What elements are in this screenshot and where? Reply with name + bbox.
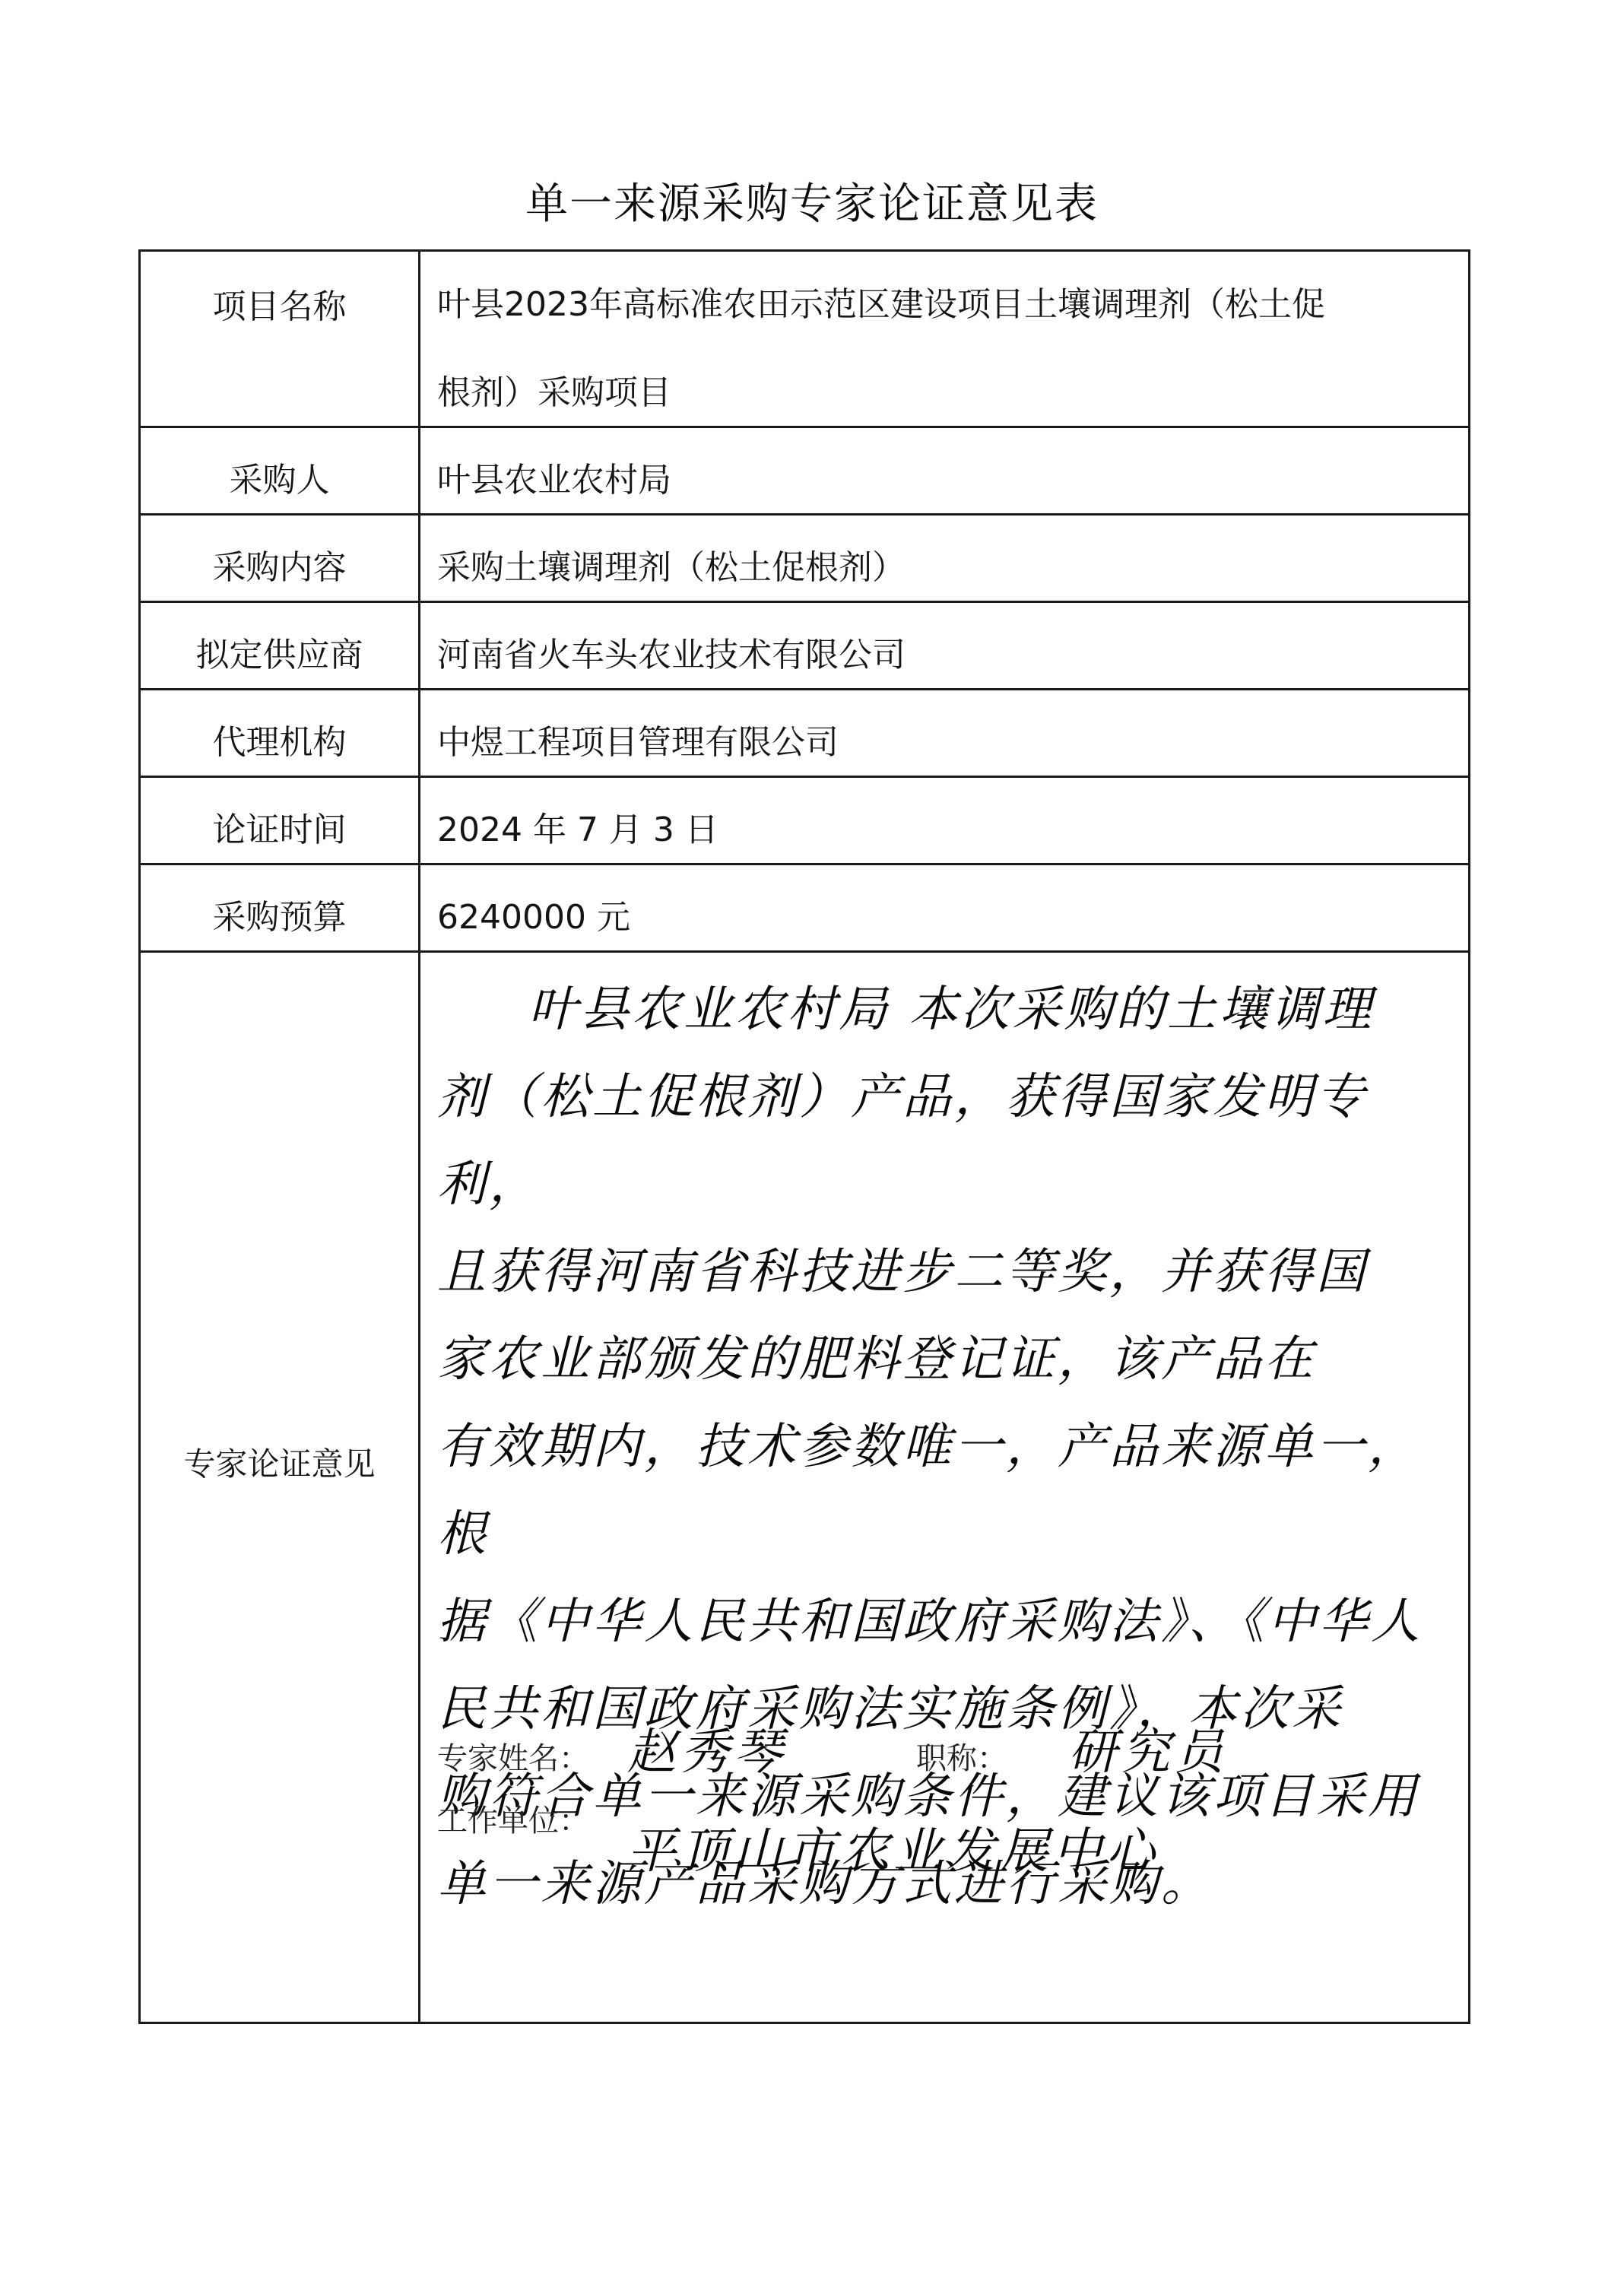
handwritten-line: 家农业部颁发的肥料登记证，该产品在 xyxy=(437,1316,1454,1404)
row-purchaser: 采购人 叶县农业农村局 xyxy=(141,428,1468,516)
label-review-date: 论证时间 xyxy=(141,802,418,851)
expert-name-signature: 赵秀琴 xyxy=(627,1713,916,1783)
label-purchaser: 采购人 xyxy=(141,452,418,501)
label-cell: 专家论证意见 xyxy=(141,953,420,2022)
row-expert-opinion: 专家论证意见 叶县农业农村局 本次采购的土壤调理 剂（松土促根剂）产品，获得国家… xyxy=(141,953,1468,2022)
value-agency: 中煜工程项目管理有限公司 xyxy=(437,715,1461,763)
label-cell: 采购内容 xyxy=(141,516,420,601)
handwritten-line: 且获得河南省科技进步二等奖，并获得国 xyxy=(437,1229,1454,1316)
value-procurement-content: 采购土壤调理剂（松土促根剂） xyxy=(437,540,1461,588)
work-unit-value: 平顶山市农业发展中心 xyxy=(627,1797,1159,1882)
value-cell: 6240000 元 xyxy=(420,865,1468,950)
label-expert-opinion: 专家论证意见 xyxy=(141,1439,418,1485)
label-cell: 拟定供应商 xyxy=(141,603,420,688)
row-agency: 代理机构 中煜工程项目管理有限公司 xyxy=(141,690,1468,778)
label-cell: 采购人 xyxy=(141,428,420,513)
row-review-date: 论证时间 2024 年 7 月 3 日 xyxy=(141,778,1468,865)
value-cell: 2024 年 7 月 3 日 xyxy=(420,778,1468,863)
value-line: 叶县2023年高标准农田示范区建设项目土壤调理剂（松土促 xyxy=(437,261,1461,349)
value-cell: 叶县农业农村局 xyxy=(420,428,1468,513)
row-proposed-supplier: 拟定供应商 河南省火车头农业技术有限公司 xyxy=(141,603,1468,690)
value-proposed-supplier: 河南省火车头农业技术有限公司 xyxy=(437,627,1461,676)
expert-signature-line: 专家姓名：赵秀琴职称：研究员 xyxy=(437,1713,1453,1783)
row-project-name: 项目名称 叶县2023年高标准农田示范区建设项目土壤调理剂（松土促 根剂）采购项… xyxy=(141,252,1468,428)
title-label: 职称： xyxy=(916,1734,1068,1778)
title-value: 研究员 xyxy=(1068,1724,1228,1781)
value-cell: 中煜工程项目管理有限公司 xyxy=(420,690,1468,776)
value-cell: 叶县2023年高标准农田示范区建设项目土壤调理剂（松土促 根剂）采购项目 xyxy=(420,252,1468,426)
value-project-name: 叶县2023年高标准农田示范区建设项目土壤调理剂（松土促 根剂）采购项目 xyxy=(437,261,1461,437)
opinion-form-table: 项目名称 叶县2023年高标准农田示范区建设项目土壤调理剂（松土促 根剂）采购项… xyxy=(138,249,1470,2024)
label-cell: 论证时间 xyxy=(141,778,420,863)
value-line: 根剂）采购项目 xyxy=(437,349,1461,437)
value-cell: 河南省火车头农业技术有限公司 xyxy=(420,603,1468,688)
handwritten-line: 有效期内，技术参数唯一，产品来源单一，根 xyxy=(437,1404,1454,1578)
value-budget: 6240000 元 xyxy=(437,890,1461,938)
handwritten-line: 据《中华人民共和国政府采购法》、《中华人 xyxy=(437,1578,1454,1666)
row-procurement-content: 采购内容 采购土壤调理剂（松土促根剂） xyxy=(141,516,1468,603)
label-proposed-supplier: 拟定供应商 xyxy=(141,627,418,676)
label-cell: 项目名称 xyxy=(141,252,420,426)
value-review-date: 2024 年 7 月 3 日 xyxy=(437,802,1461,851)
work-unit-line: 工作单位：平顶山市农业发展中心 xyxy=(437,1797,1453,1882)
label-budget: 采购预算 xyxy=(141,890,418,938)
label-cell: 代理机构 xyxy=(141,690,420,776)
label-project-name: 项目名称 xyxy=(141,279,418,328)
label-procurement-content: 采购内容 xyxy=(141,540,418,588)
value-purchaser: 叶县农业农村局 xyxy=(437,452,1461,501)
label-cell: 采购预算 xyxy=(141,865,420,950)
label-agency: 代理机构 xyxy=(141,715,418,763)
work-unit-label: 工作单位： xyxy=(437,1797,627,1840)
expert-name-label: 专家姓名： xyxy=(437,1734,627,1778)
value-cell: 叶县农业农村局 本次采购的土壤调理 剂（松土促根剂）产品，获得国家发明专利， 且… xyxy=(420,953,1468,2022)
form-title: 单一来源采购专家论证意见表 xyxy=(0,170,1624,231)
handwritten-line: 剂（松土促根剂）产品，获得国家发明专利， xyxy=(437,1054,1454,1229)
row-budget: 采购预算 6240000 元 xyxy=(141,865,1468,953)
value-cell: 采购土壤调理剂（松土促根剂） xyxy=(420,516,1468,601)
handwritten-line: 叶县农业农村局 本次采购的土壤调理 xyxy=(437,966,1454,1054)
handwritten-opinion: 叶县农业农村局 本次采购的土壤调理 剂（松土促根剂）产品，获得国家发明专利， 且… xyxy=(437,966,1454,1928)
